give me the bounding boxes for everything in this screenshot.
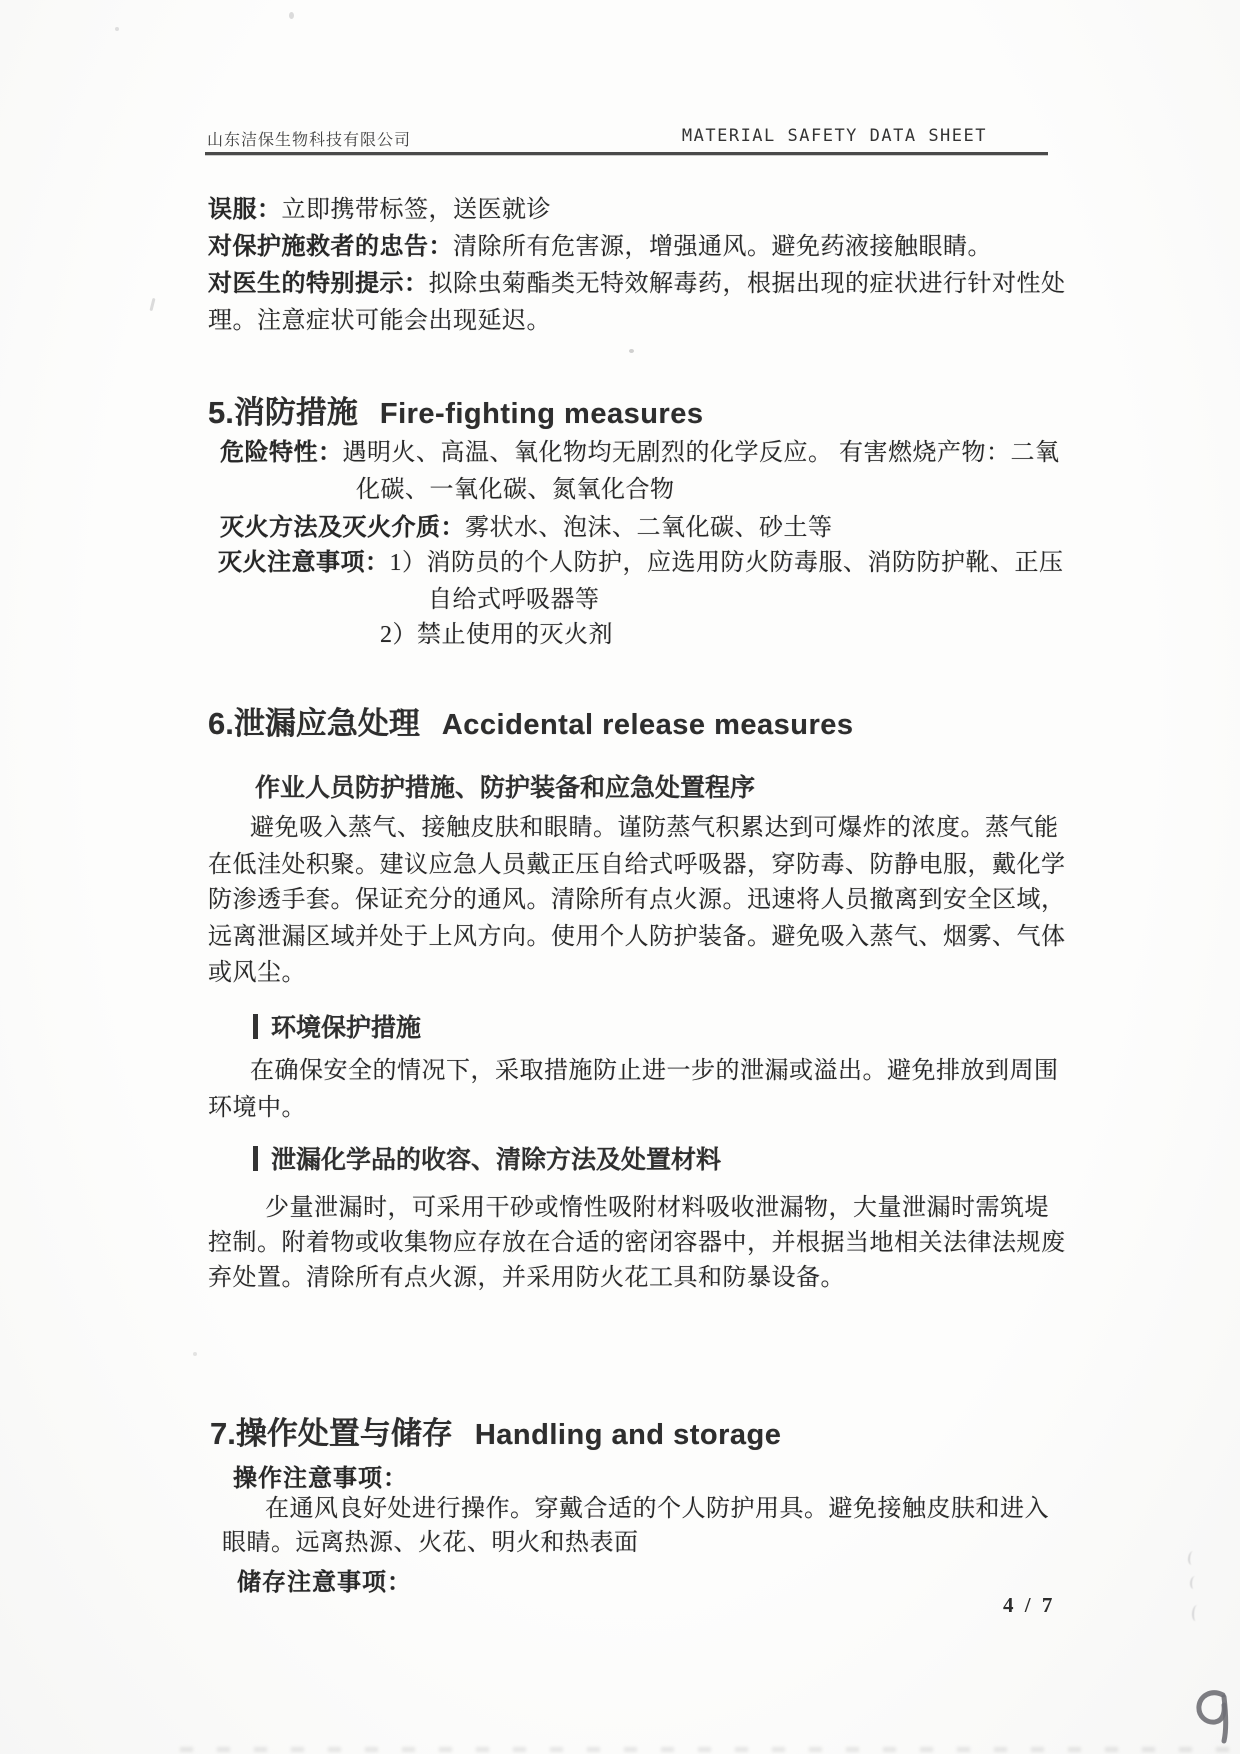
s6-p1-line-3: 防渗透手套。保证充分的通风。清除所有点火源。迅速将人员撤离到安全区域， <box>208 885 1066 915</box>
s6-subhead-personnel: 作业人员防护措施、防护装备和应急处置程序 <box>255 768 755 804</box>
s6-p1-line-2: 在低洼处积聚。建议应急人员戴正压自给式呼吸器，穿防毒、防静电服，戴化学 <box>208 850 1066 880</box>
s7-p1-line-2: 眼睛。远离热源、火花、明火和热表面 <box>222 1528 639 1558</box>
section-bar-icon <box>253 1146 258 1171</box>
s6-p2-line-1: 在确保安全的情况下，采取措施防止进一步的泄漏或溢出。避免排放到周围 <box>250 1056 1059 1086</box>
scan-speck <box>629 349 634 353</box>
scan-speck <box>193 1352 197 1356</box>
s7-storage-notes-label: 储存注意事项： <box>237 1562 412 1597</box>
s6-p1-line-5: 或风尘。 <box>208 958 306 988</box>
faint-pen-mark <box>1192 1605 1201 1621</box>
section7-heading-zh: 7.操作处置与储存 <box>210 1416 453 1451</box>
section6-heading: 6.泄漏应急处理Accidental release measures <box>208 698 854 743</box>
s5-line-forbidden-agent: 2）禁止使用的灭火剂 <box>380 620 613 650</box>
s5-line-precaution-cont: 自给式呼吸器等 <box>428 585 600 615</box>
intro-line-3: 对医生的特别提示：拟除虫菊酯类无特效解毒药，根据出现的症状进行针对性处 <box>208 269 1066 299</box>
s6-p3-line-1: 少量泄漏时，可采用干砂或惰性吸附材料吸收泄漏物，大量泄漏时需筑堤 <box>265 1193 1049 1223</box>
s7-p1-line-1: 在通风良好处进行操作。穿戴合适的个人防护用具。避免接触皮肤和进入 <box>265 1494 1049 1524</box>
section7-heading-en: Handling and storage <box>475 1419 781 1451</box>
s5-line-hazard: 危险特性：遇明火、高温、氧化物均无剧烈的化学反应。 有害燃烧产物：二氧 <box>220 438 1060 468</box>
section-bar-icon <box>253 1014 258 1039</box>
s6-subhead-environment: 环境保护措施 <box>253 1008 421 1044</box>
s6-p1-line-4: 远离泄漏区域并处于上风方向。使用个人防护装备。避免吸入蒸气、烟雾、气体 <box>208 922 1066 952</box>
s6-p3-line-3: 弃处置。清除所有点火源，并采用防火花工具和防暴设备。 <box>208 1263 845 1293</box>
header-rule <box>205 152 1048 155</box>
header-company: 山东洁保生物科技有限公司 <box>207 127 411 150</box>
section6-heading-zh: 6.泄漏应急处理 <box>208 706 420 741</box>
scan-speck <box>149 298 155 311</box>
bottom-page-bleed <box>180 1747 1230 1752</box>
s5-line-hazard-cont: 化碳、一氧化碳、氮氧化合物 <box>356 475 675 505</box>
intro-line-4: 理。注意症状可能会出现延迟。 <box>208 306 551 336</box>
section5-heading-zh: 5.消防措施 <box>208 395 358 430</box>
s7-handling-notes-label: 操作注意事项： <box>233 1458 408 1493</box>
intro-line-2: 对保护施救者的忠告：清除所有危害源，增强通风。避免药液接触眼睛。 <box>208 232 992 262</box>
s5-line-media: 灭火方法及灭火介质：雾状水、泡沫、二氧化碳、砂土等 <box>220 513 833 543</box>
scan-speck <box>115 27 119 31</box>
scan-speck <box>289 12 294 19</box>
s6-p2-line-2: 环境中。 <box>208 1093 306 1123</box>
intro-line-2-label: 对保护施救者的忠告： <box>208 234 453 260</box>
intro-line-1-label: 误服： <box>208 197 282 223</box>
intro-line-3-label: 对医生的特别提示： <box>208 271 429 297</box>
s6-p3-line-2: 控制。附着物或收集物应存放在合适的密闭容器中，并根据当地相关法律法规废 <box>208 1228 1066 1258</box>
faint-pen-mark <box>1190 1576 1199 1589</box>
faint-pen-mark <box>1188 1551 1197 1565</box>
s6-subhead-containment: 泄漏化学品的收容、清除方法及处置材料 <box>253 1140 721 1176</box>
msds-scanned-page: 山东洁保生物科技有限公司 MATERIAL SAFETY DATA SHEET … <box>0 0 1240 1754</box>
handwritten-9-mark <box>1196 1688 1234 1746</box>
page-number: 4 / 7 <box>1003 1593 1055 1618</box>
section5-heading: 5.消防措施Fire-fighting measures <box>208 387 703 432</box>
section7-heading: 7.操作处置与储存Handling and storage <box>210 1408 781 1453</box>
section6-heading-en: Accidental release measures <box>442 709 854 741</box>
intro-line-1: 误服：立即携带标签，送医就诊 <box>208 195 551 225</box>
s6-p1-line-1: 避免吸入蒸气、接触皮肤和眼睛。谨防蒸气积累达到可爆炸的浓度。蒸气能 <box>250 813 1059 843</box>
s5-line-precaution: 灭火注意事项：1）消防员的个人防护，应选用防火防毒服、消防防护靴、正压 <box>218 548 1064 578</box>
section5-heading-en: Fire-fighting measures <box>380 398 704 430</box>
header-doc-title: MATERIAL SAFETY DATA SHEET <box>682 126 987 146</box>
